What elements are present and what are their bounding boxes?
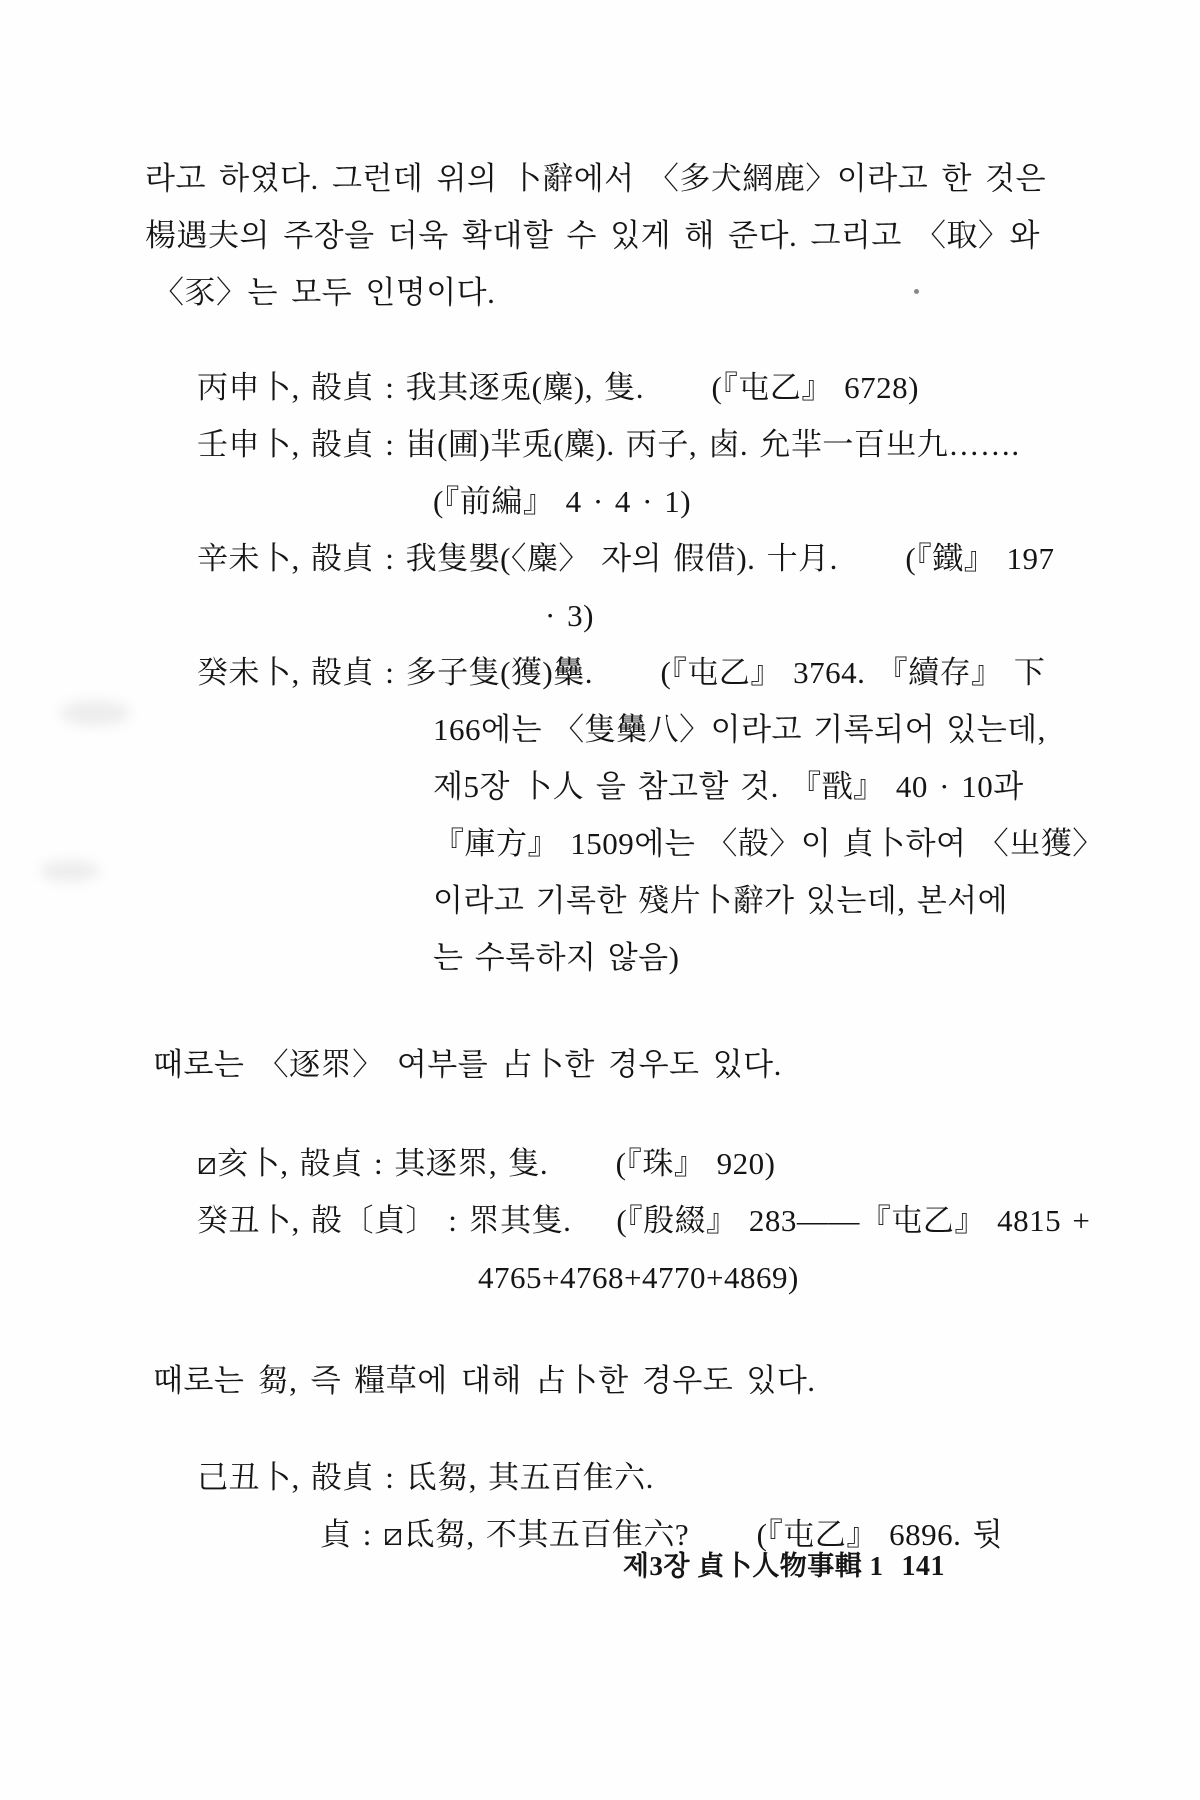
annotation-line: 『庫方』 1509에는 〈㱿〉이 貞卜하여 〈㞢獲〉 xyxy=(145,815,965,872)
citation-line: (『前編』 4 · 4 · 1) xyxy=(145,473,965,530)
annotation-line: 이라고 기록한 殘片卜辭가 있는데, 본서에 xyxy=(145,872,965,929)
paragraph-line: 때로는 芻, 즉 糧草에 대해 占卜한 경우도 있다. xyxy=(145,1352,965,1409)
inscription-line: 壬申卜, 㱿貞 : 峀(圃)羋兎(麋). 丙子, 卥. 允羋一百㞢九……. xyxy=(145,416,965,473)
inscription-line: 丙申卜, 㱿貞 : 我其逐兎(麋), 隻. (『屯乙』 6728) xyxy=(145,359,965,416)
citation-line: · 3) xyxy=(145,587,965,644)
annotation-line: 제5장 卜人 𡧇을 참고할 것. 『戬』 40 · 10과 xyxy=(145,758,965,815)
running-title: 제3장 貞卜人物事輯 1 xyxy=(623,1551,884,1581)
annotation-line: 166에는 〈隻雧八〉이라고 기록되어 있는데, xyxy=(145,701,965,758)
page-text-block: 라고 하였다. 그런데 위의 卜辭에서 〈多犬網鹿〉이라고 한 것은 楊遇夫의 … xyxy=(145,150,965,1563)
transition-paragraph-2: 때로는 芻, 즉 糧草에 대해 占卜한 경우도 있다. xyxy=(145,1352,965,1409)
intro-paragraph: 라고 하였다. 그런데 위의 卜辭에서 〈多犬網鹿〉이라고 한 것은 楊遇夫의 … xyxy=(145,150,965,321)
paragraph-line: 〈豕〉는 모두 인명이다. xyxy=(145,264,965,321)
paragraph-line: 라고 하였다. 그런데 위의 卜辭에서 〈多犬網鹿〉이라고 한 것은 xyxy=(145,150,965,207)
oracle-inscription-block-2: ⧄亥卜, 㱿貞 : 其逐眔, 隻. (『珠』 920) 癸丑卜, 㱿〔貞〕 : … xyxy=(145,1135,965,1306)
scan-smudge xyxy=(40,860,100,882)
inscription-line: 癸丑卜, 㱿〔貞〕 : 眔其隻. (『殷綴』 283——『屯乙』 4815 + xyxy=(145,1192,965,1249)
oracle-inscription-block-1: 丙申卜, 㱿貞 : 我其逐兎(麋), 隻. (『屯乙』 6728) 壬申卜, 㱿… xyxy=(145,359,965,986)
scan-speck xyxy=(914,289,919,294)
inscription-line: 癸未卜, 㱿貞 : 多子隻(獲)雧. (『屯乙』 3764. 『續存』 下 xyxy=(145,644,965,701)
paragraph-line: 때로는 〈逐眔〉 여부를 占卜한 경우도 있다. xyxy=(145,1036,965,1093)
citation-line: 4765+4768+4770+4869) xyxy=(145,1249,965,1306)
transition-paragraph-1: 때로는 〈逐眔〉 여부를 占卜한 경우도 있다. xyxy=(145,1036,965,1093)
scanned-book-page: 라고 하였다. 그런데 위의 卜辭에서 〈多犬網鹿〉이라고 한 것은 楊遇夫의 … xyxy=(0,0,1200,1800)
inscription-line: 辛未卜, 㱿貞 : 我隻嬰(〈麋〉 자의 假借). 十月. (『鐵』 197 xyxy=(145,530,965,587)
page-number: 141 xyxy=(902,1551,946,1582)
scan-smudge xyxy=(60,700,130,726)
paragraph-line: 楊遇夫의 주장을 더욱 확대할 수 있게 해 준다. 그리고 〈取〉와 xyxy=(145,207,965,264)
inscription-line: ⧄亥卜, 㱿貞 : 其逐眔, 隻. (『珠』 920) xyxy=(145,1135,965,1192)
page-footer: 제3장 貞卜人物事輯 1141 xyxy=(145,1544,945,1583)
annotation-line: 는 수록하지 않음) xyxy=(145,929,965,986)
inscription-line: 己丑卜, 㱿貞 : 氐芻, 其五百隹六. xyxy=(145,1449,965,1506)
